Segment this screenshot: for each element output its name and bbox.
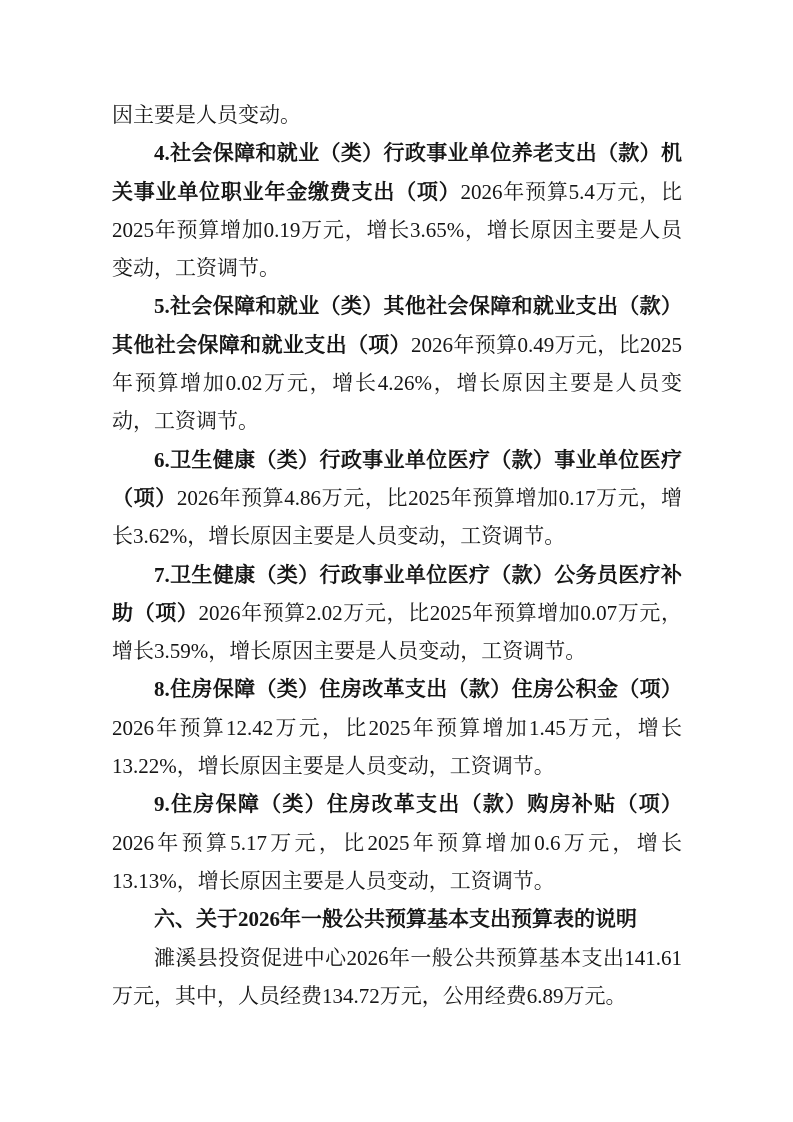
para-item-9: 9.住房保障（类）住房改革支出（款）购房补贴（项）2026年预算5.17万元，比… xyxy=(112,785,682,900)
bold-text-run: 8.住房保障（类）住房改革支出（款）住房公积金（项） xyxy=(154,677,682,701)
text-run: 2026年预算12.42万元，比2025年预算增加1.45万元，增长13.22%… xyxy=(112,716,682,778)
para-item-5: 5.社会保障和就业（类）其他社会保障和就业支出（款）其他社会保障和就业支出（项）… xyxy=(112,287,682,440)
text-run: 2026年预算4.86万元，比2025年预算增加0.17万元，增长3.62%，增… xyxy=(112,486,682,548)
heading-section-6: 六、关于2026年一般公共预算基本支出预算表的说明 xyxy=(112,900,682,938)
text-run: 因主要是人员变动。 xyxy=(112,103,301,127)
para-item-8: 8.住房保障（类）住房改革支出（款）住房公积金（项）2026年预算12.42万元… xyxy=(112,670,682,785)
para-basic-expenditure-summary: 濉溪县投资促进中心2026年一般公共预算基本支出141.61万元，其中，人员经费… xyxy=(112,939,682,1016)
document-body: 因主要是人员变动。4.社会保障和就业（类）行政事业单位养老支出（款）机关事业单位… xyxy=(112,96,682,1015)
bold-text-run: 六、关于2026年一般公共预算基本支出预算表的说明 xyxy=(154,907,637,931)
text-run: 2026年预算2.02万元，比2025年预算增加0.07万元，增长3.59%，增… xyxy=(112,601,682,663)
text-run: 2026年预算5.17万元，比2025年预算增加0.6万元，增长13.13%，增… xyxy=(112,831,682,893)
document-page: 因主要是人员变动。4.社会保障和就业（类）行政事业单位养老支出（款）机关事业单位… xyxy=(0,0,793,1122)
bold-text-run: 9.住房保障（类）住房改革支出（款）购房补贴（项） xyxy=(154,792,682,816)
para-item-7: 7.卫生健康（类）行政事业单位医疗（款）公务员医疗补助（项）2026年预算2.0… xyxy=(112,556,682,671)
text-run: 濉溪县投资促进中心2026年一般公共预算基本支出141.61万元，其中，人员经费… xyxy=(112,946,682,1008)
para-item-6: 6.卫生健康（类）行政事业单位医疗（款）事业单位医疗（项）2026年预算4.86… xyxy=(112,441,682,556)
para-item-3-continuation: 因主要是人员变动。 xyxy=(112,96,682,134)
para-item-4: 4.社会保障和就业（类）行政事业单位养老支出（款）机关事业单位职业年金缴费支出（… xyxy=(112,134,682,287)
